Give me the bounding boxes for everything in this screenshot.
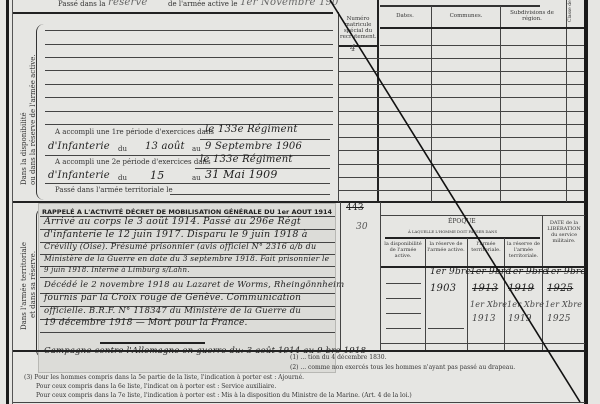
exercise-1-from: 13 août (145, 141, 185, 152)
epoque-row2-c4: 1919 (508, 283, 534, 294)
exercise-2-from: 15 (150, 169, 164, 182)
ruled-line (339, 137, 584, 138)
exercise-1-au-label: au (192, 145, 201, 153)
col-header-communes: Communes. (432, 13, 500, 19)
table-border (542, 215, 543, 352)
fill-line (170, 194, 330, 195)
epoque-row3-c4: 1er Xbre (507, 300, 544, 309)
ruled-line (339, 111, 584, 112)
epoque-row1-c2: 1er 9bre (430, 267, 471, 277)
territorial-label: Passé dans l'armée territoriale le (55, 186, 173, 194)
col-header-subdivisions: Subdivisions de région. (502, 10, 562, 22)
bottom-rule (13, 402, 585, 403)
ruled-line (339, 58, 584, 59)
epoque-row1-date: 1er 9bre (545, 267, 586, 277)
epoque-row2-c2: 1903 (430, 283, 456, 294)
service-line-5: 9 juin 1918. Interné à Limburg s/Lahn. (44, 266, 190, 274)
epoque-col-2: la réserve de l'armée active. (427, 241, 465, 253)
epoque-title-text: ÉPOQUE (448, 218, 476, 225)
ruled-line (381, 343, 585, 344)
epoque-col-1: la disponibilité de l'armée active. (383, 241, 423, 259)
table-border (340, 202, 341, 352)
exercise-2-au-label: au (192, 174, 201, 182)
epoque-row2-c3: 1913 (472, 283, 498, 294)
epoque-row4-c4: 1919 (508, 314, 532, 324)
ruled-line (339, 84, 584, 85)
fill-line (45, 183, 330, 184)
epoque-row3-c3: 1er Xbre (470, 300, 507, 309)
footnote-2: (2) ... comme non exercés tous les homme… (290, 364, 515, 371)
epoque-row3-date: 1er Xbre (545, 300, 582, 309)
mobilization-stamp: RAPPELÉ A L'ACTIVITÉ DÉCRET DE MOBILISAT… (42, 208, 332, 216)
exercise-1-unit: le 133e Régiment (205, 124, 298, 135)
col-header-dates: Dates. (380, 13, 430, 19)
service-line-4: Ministère de la Guerre en date du 3 sept… (44, 254, 329, 263)
ruled-line (380, 45, 584, 46)
ruled-line (339, 150, 584, 151)
table-border (380, 202, 381, 352)
side-col-header: Classe de mobil. (568, 0, 573, 22)
top-line-value-1: réserve (108, 0, 148, 8)
epoque-col-3: l'armée territoriale. (469, 241, 503, 253)
table-border (566, 0, 567, 202)
vertical-label-active-2: ou dans la réserve de l'armée active. (29, 54, 37, 185)
ruled-line (45, 84, 333, 85)
section-bracket (36, 24, 44, 200)
exercise-2-du-label: du (118, 174, 127, 182)
footnote-5: Pour ceux compris dans la 7e liste, l'in… (36, 392, 412, 399)
ruled-line (40, 332, 335, 333)
service-line-3: Crévilly (Oise). Présumé prisonnier (avi… (44, 242, 316, 251)
epoque-row1-c4: 1er 9bre (507, 267, 548, 277)
epoque-row4-c3: 1913 (472, 314, 496, 324)
margin-number: 30 (356, 222, 368, 232)
epoque-row2-date: 1925 (547, 283, 573, 294)
exercise-1-label: A accompli une 1re période d'exercices d… (55, 128, 214, 136)
top-line-value-2: 1er Novembre 190 (240, 0, 339, 8)
header-rule (380, 27, 584, 29)
exercise-1-to: 9 Septembre 1906 (205, 141, 302, 152)
matricule-header: Numéro matricule spécial du recrutement. (340, 16, 376, 40)
header-rule (385, 237, 540, 239)
ruled-line (386, 283, 421, 284)
service-line-9: 19 décembre 1918 — Mort pour la France. (44, 318, 248, 328)
header-rule (380, 5, 540, 7)
footnote-separator (13, 350, 585, 352)
ruled-line (45, 97, 333, 98)
service-line-6: Décédé le 2 novembre 1918 au Lazaret de … (44, 280, 344, 290)
service-line-8: officielle. B.R.F. N° 118347 du Ministèr… (44, 306, 301, 316)
margin-number-crossed: 443 (346, 203, 364, 213)
exercise-1-unit-2: d'Infanterie (48, 141, 110, 152)
ruled-line (45, 57, 333, 58)
footnote-1: (1) ... tion du 4 décembre 1830. (290, 354, 386, 361)
service-line-2: d'infanterie le 12 juin 1917. Disparu le… (44, 229, 308, 240)
epoque-row4-date: 1925 (547, 314, 571, 324)
epoque-subtitle: À LAQUELLE L'HOMME DOIT PASSER DANS (408, 229, 497, 234)
table-border (431, 6, 432, 202)
header-rule (339, 45, 377, 47)
table-border (500, 6, 501, 202)
ruled-line (339, 97, 584, 98)
matricule-mark: 4 (350, 44, 356, 54)
table-border (377, 0, 379, 202)
ruled-line (339, 190, 584, 191)
exercise-2-unit-2: d'Infanterie (48, 170, 110, 181)
ruled-line (40, 277, 335, 278)
top-line-label-1: Passé dans la (58, 0, 106, 8)
date-liberation-header: DATE de la LIBÉRATION du service militai… (544, 220, 584, 244)
ruled-line (386, 298, 421, 299)
exercise-1-du-label: du (118, 145, 127, 153)
vertical-label-territorial-2: et dans sa réserve. (29, 251, 37, 318)
top-separator (13, 12, 333, 14)
ruled-line (386, 313, 421, 314)
ruled-line (45, 111, 333, 112)
register-page: Passé dans la réserve de l'armée active … (0, 0, 600, 404)
service-line-1: Arrivé au corps le 3 août 1914. Passé au… (44, 216, 301, 227)
ruled-line (339, 164, 584, 165)
footnote-3: (3) Pour les hommes compris dans la 5e p… (24, 374, 304, 381)
ruled-line (45, 70, 333, 71)
ruled-line (45, 30, 333, 31)
left-border-rule (6, 0, 9, 404)
ruled-line (428, 328, 464, 329)
ruled-line (381, 215, 585, 216)
table-border (467, 238, 468, 352)
fill-line (200, 139, 330, 140)
campaign-underline (100, 342, 205, 344)
table-border (425, 238, 426, 352)
epoque-col-4: la réserve de l'armée territoriale. (506, 241, 541, 259)
service-line-7: fournis par la Croix rouge de Genève. Co… (44, 293, 301, 303)
ruled-line (339, 71, 584, 72)
ruled-line (386, 328, 421, 329)
vertical-label-active-1: Dans la disponibilité (20, 112, 28, 185)
table-border (504, 238, 505, 352)
exercise-2-label: A accompli une 2e période d'exercices da… (55, 158, 211, 166)
vertical-label-territorial-1: Dans l'armée territoriale (20, 242, 28, 330)
ruled-line (339, 177, 584, 178)
footnote-4: Pour ceux compris dans la 6e liste, l'in… (36, 383, 276, 390)
table-border (338, 12, 339, 202)
ruled-line (339, 124, 584, 125)
epoque-row1-c3: 1er 9bre (470, 267, 511, 277)
exercise-2-to: 31 Mai 1909 (205, 168, 278, 181)
top-line-label-2: de l'armée active le (168, 0, 238, 8)
exercise-2-unit: le 133e Régiment (200, 154, 293, 165)
ruled-line (45, 44, 333, 45)
